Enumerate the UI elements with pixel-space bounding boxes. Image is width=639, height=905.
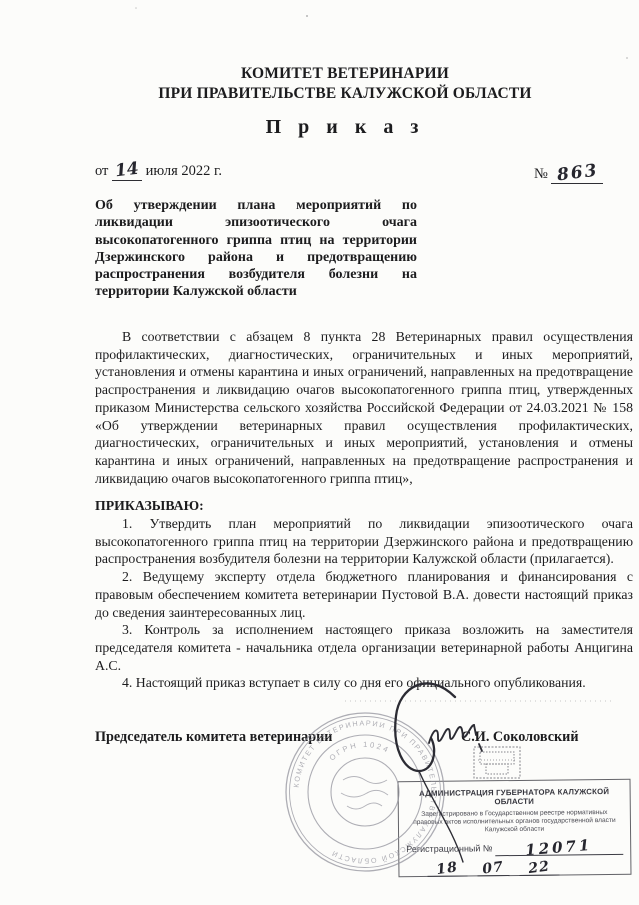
intro-paragraph: В соответствии с абзацем 8 пункта 28 Вет… (95, 328, 633, 487)
order-word: ПРИКАЗЫВАЮ: (95, 497, 633, 515)
date-day-blank: 14 (112, 160, 142, 181)
scan-speck (626, 57, 628, 59)
number-label: № (534, 166, 548, 182)
order-item-2: 2. Ведущему эксперту отдела бюджетного п… (95, 568, 633, 621)
registration-number-blank: 12071 (495, 835, 623, 855)
date-day-handwritten: 14 (114, 159, 140, 182)
order-item-4: 4. Настоящий приказ вступает в силу со д… (95, 674, 633, 692)
order-item-3: 3. Контроль за исполнением настоящего пр… (95, 621, 633, 674)
registration-date-row: 180722 (399, 855, 630, 876)
signer-name: С.И. Соколовский (461, 729, 579, 746)
registration-stamp: АДМИНИСТРАЦИЯ ГУБЕРНАТОРА КАЛУЖСКОЙ ОБЛА… (398, 779, 632, 877)
seal-inner-text: ОГРН 1024 (327, 740, 391, 763)
scan-speck (306, 15, 308, 17)
date-line: от 14 июля 2022 г. (95, 160, 222, 181)
document-page: КОМИТЕТ ВЕТЕРИНАРИИ ПРИ ПРАВИТЕЛЬСТВЕ КА… (0, 0, 639, 905)
number-blank: 863 (551, 163, 603, 184)
emboss-emblem (474, 747, 520, 778)
date-prefix: от (95, 163, 108, 179)
registration-date-month: 07 (477, 857, 509, 876)
registration-stamp-text: Зарегистрировано в Государственном реест… (399, 809, 630, 836)
number-handwritten: 863 (556, 161, 600, 186)
org-name-line1: КОМИТЕТ ВЕТЕРИНАРИИ (51, 64, 639, 84)
order-item-1: 1. Утвердить план мероприятий по ликвида… (95, 515, 633, 568)
org-header: КОМИТЕТ ВЕТЕРИНАРИИ ПРИ ПРАВИТЕЛЬСТВЕ КА… (51, 64, 639, 103)
date-rest: июля 2022 г. (146, 163, 222, 179)
body-text: В соответствии с абзацем 8 пункта 28 Вет… (95, 328, 633, 692)
registration-number-row: Регистрационный № 12071 (399, 835, 630, 856)
subject-paragraph: Об утверждении плана мероприятий по ликв… (95, 197, 417, 301)
registration-number-label: Регистрационный № (406, 843, 492, 854)
signer-position: Председатель комитета ветеринарии (95, 729, 332, 746)
org-name-line2: ПРИ ПРАВИТЕЛЬСТВЕ КАЛУЖСКОЙ ОБЛАСТИ (51, 84, 639, 104)
number-line: № 863 (534, 163, 603, 184)
registration-date-day: 18 (427, 857, 467, 876)
doc-type-title: П р и к а з (51, 116, 639, 139)
scan-speck (135, 7, 137, 9)
seal-center-emblem (341, 777, 388, 810)
registration-stamp-title: АДМИНИСТРАЦИЯ ГУБЕРНАТОРА КАЛУЖСКОЙ ОБЛА… (399, 787, 630, 807)
